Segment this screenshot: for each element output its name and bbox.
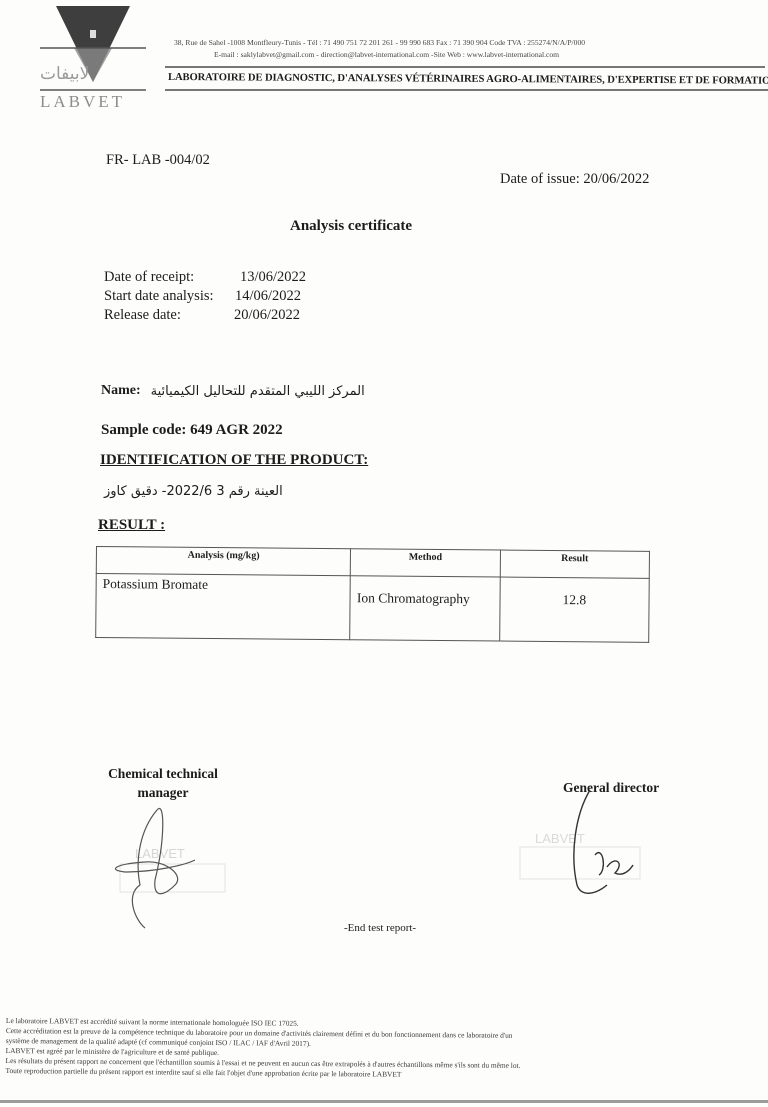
date-value: 20/06/2022	[234, 306, 300, 325]
identification-heading: IDENTIFICATION OF THE PRODUCT:	[100, 452, 368, 469]
date-row-start: Start date analysis: 14/06/2022	[104, 287, 306, 306]
lab-contact: E-mail : saklylabvet@gmail.com - directi…	[214, 50, 559, 59]
client-name-value: المركز الليبي المتقدم للتحاليل الكيميائي…	[151, 384, 365, 399]
signature-scribble-icon: LABVET	[105, 800, 265, 930]
footer-divider	[0, 1100, 768, 1103]
accreditation-footer: Le laboratoire LABVET est accrédité suiv…	[5, 1016, 766, 1083]
end-of-report: -End test report-	[344, 922, 416, 934]
lab-address: 38, Rue de Sahel -1008 Montfleury-Tunis …	[174, 37, 585, 49]
lab-title: LABORATOIRE DE DIAGNOSTIC, D'ANALYSES VÉ…	[168, 72, 768, 87]
results-table: Analysis (mg/kg) Method Result Potassium…	[95, 546, 650, 643]
column-header-method: Method	[351, 549, 501, 577]
general-director-signature: LABVET	[515, 785, 695, 905]
cell-method: Ion Chromatography	[350, 576, 500, 641]
svg-text:LABVET: LABVET	[535, 831, 585, 846]
date-of-issue: Date of issue: 20/06/2022	[500, 171, 649, 188]
cell-result: 12.8	[499, 577, 649, 642]
client-name: Name: المركز الليبي المتقدم للتحاليل الك…	[101, 383, 365, 399]
date-label: Date of receipt:	[104, 268, 240, 287]
signature-scribble-icon: LABVET	[515, 785, 695, 905]
date-label: Release date:	[104, 306, 234, 325]
header-divider-bottom	[165, 89, 768, 91]
column-header-result: Result	[500, 550, 650, 578]
sample-code: Sample code: 649 AGR 2022	[101, 422, 283, 439]
logo-name: LABVET	[40, 92, 125, 112]
document-reference: FR- LAB -004/02	[106, 152, 210, 169]
column-header-analysis: Analysis (mg/kg)	[96, 547, 351, 576]
table-row: Potassium Bromate Ion Chromatography 12.…	[96, 574, 650, 643]
cell-analysis: Potassium Bromate	[96, 574, 351, 640]
client-name-label: Name:	[101, 383, 141, 399]
date-label: Start date analysis:	[104, 287, 235, 306]
date-row-receipt: Date of receipt: 13/06/2022	[104, 268, 306, 287]
result-heading: RESULT :	[98, 517, 165, 534]
date-row-release: Release date: 20/06/2022	[104, 306, 306, 325]
technical-manager-title: Chemical technical manager	[98, 764, 228, 802]
logo-arabic-name: لابيفات	[40, 64, 89, 84]
technical-manager-title-line1: Chemical technical	[98, 764, 228, 783]
date-value: 14/06/2022	[235, 287, 301, 306]
date-list: Date of receipt: 13/06/2022 Start date a…	[104, 268, 306, 325]
page-title: Analysis certificate	[290, 218, 412, 235]
technical-manager-signature: LABVET	[105, 800, 265, 930]
header-divider-top	[165, 66, 765, 68]
date-value: 13/06/2022	[240, 268, 306, 287]
product-description: العينة رقم 3 2022/6- دقيق كاوز	[104, 484, 283, 499]
